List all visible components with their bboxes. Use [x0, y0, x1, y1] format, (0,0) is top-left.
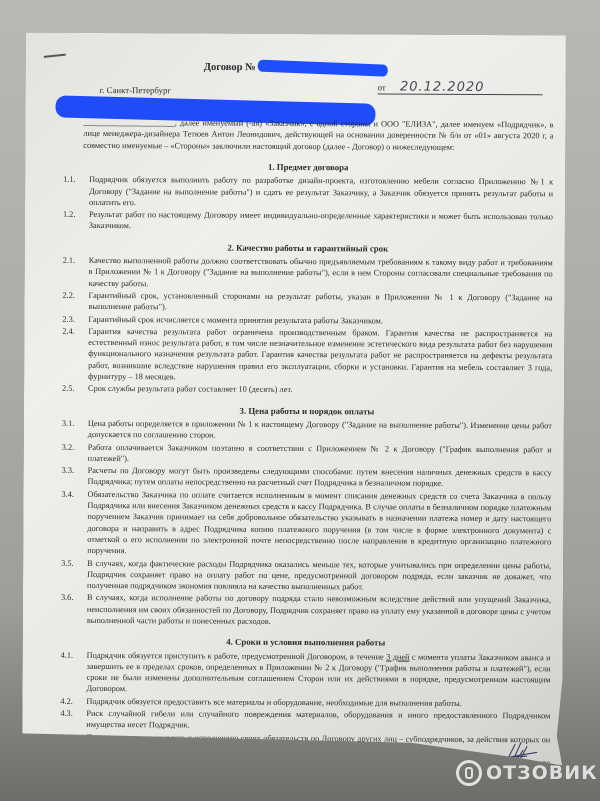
clause-number: 3.4.	[61, 489, 87, 557]
clause-number: 2.4.	[62, 326, 88, 383]
clause: 4.1.Подрядчик обязуется приступить к раб…	[60, 649, 550, 697]
clause-number: 3.6.	[61, 592, 87, 626]
clause-number: 3.2.	[62, 441, 88, 464]
clause-number: 3.5.	[61, 557, 87, 591]
title-text: Договор №	[204, 62, 256, 73]
clause-number: 4.1.	[60, 649, 86, 694]
clause: 2.4.Гарантия качества результата работ о…	[62, 326, 552, 385]
clause: 3.5.В случаях, когда фактические расходы…	[61, 557, 551, 593]
clause-text: Результат работ по настоящему Договору и…	[89, 209, 553, 234]
section-heading: 2. Качество работы и гарантийный срок	[63, 242, 553, 256]
contract-date: от 20.12.2020	[378, 81, 543, 95]
clause-text: В случаях, когда фактические расходы Под…	[87, 557, 551, 593]
clause: 1.2.Результат работ по настоящему Догово…	[63, 209, 553, 234]
watermark-text: ОТЗОВИК	[486, 762, 598, 784]
date-prefix: от	[378, 82, 386, 92]
clause-text-part: Подрядчик обязуется приступить к работе,…	[87, 650, 387, 661]
clause-text: Подрядчик обязуется выполнить работу по …	[89, 174, 553, 210]
clause: 3.4.Обязательство Заказчика по оплате сч…	[61, 489, 551, 559]
clause-text: Срок службы результата работ составляет …	[88, 383, 552, 397]
clause-text: Качество выполненной работы должно соотв…	[89, 255, 553, 291]
clause: 3.6.В случаях, когда исполнение работы п…	[61, 592, 551, 628]
clause-text: Цена работы определяется в приложении № …	[88, 418, 552, 443]
clause-text: Расчеты по Договору могут быть произведе…	[88, 465, 552, 490]
clause: 3.1.Цена работы определяется в приложени…	[62, 418, 552, 443]
otzovik-logo-icon	[456, 760, 482, 786]
handwritten-date: 20.12.2020	[400, 80, 485, 95]
clause: 1.1.Подрядчик обязуется выполнить работу…	[63, 174, 553, 210]
clause-number: 4.5.	[60, 755, 86, 778]
section-heading: 4. Сроки и условия выполнения работы	[61, 636, 551, 650]
document-title: Договор №	[26, 61, 566, 76]
underlined-term: 3 дней	[386, 652, 409, 661]
clause: 2.1.Качество выполненной работы должно с…	[63, 255, 553, 291]
section-heading: 3. Цена работы и порядок оплаты	[62, 404, 552, 418]
clause-text: Работа оплачивается Заказчиком поэтапно …	[88, 441, 552, 466]
contract-sections: 1. Предмет договора1.1.Подрядчик обязует…	[60, 151, 553, 781]
redacted-contract-number	[257, 60, 387, 77]
clause-text: Гарантийный срок, установленный сторонам…	[88, 290, 552, 315]
clause-number: 2.3.	[62, 313, 88, 324]
preamble: ______________________, далее именуемый …	[83, 117, 553, 153]
otzovik-watermark: ОТЗОВИК	[456, 760, 598, 786]
clause-number: 4.3.	[60, 708, 86, 731]
clause: 3.2.Работа оплачивается Заказчиком поэта…	[62, 441, 552, 466]
clause-number: 3.1.	[62, 418, 88, 441]
pen-mark	[44, 54, 66, 58]
clause-text: Гарантия качества результата работ огран…	[88, 326, 552, 385]
section-heading: 1. Предмет договора	[63, 161, 553, 175]
clause-text: Подрядчик обязуется предоставить все мат…	[86, 696, 550, 710]
clause-text: В случаях, когда исполнение работы по до…	[87, 592, 551, 628]
clause-number: 1.2.	[63, 209, 89, 232]
clause: 2.2.Гарантийный срок, установленный стор…	[62, 290, 552, 315]
city: г. Санкт-Петербург	[100, 85, 171, 97]
clause-number: 1.1.	[63, 174, 89, 208]
clause-number: 2.2.	[62, 290, 88, 313]
clause-number: 2.1.	[63, 255, 89, 289]
clause-text: Обязательство Заказчика по оплате считае…	[87, 489, 551, 559]
clause-number: 3.3.	[62, 465, 88, 488]
clause-number: 2.5.	[62, 383, 88, 394]
clause: 3.3.Расчеты по Договору могут быть произ…	[62, 465, 552, 490]
clause: 2.5.Срок службы результата работ составл…	[62, 383, 552, 397]
clause-number: 4.4.	[60, 731, 86, 754]
clause-number: 4.2.	[60, 696, 86, 707]
clause-text: Подрядчик обязуется приступить к работе,…	[86, 649, 550, 697]
contract-page: Договор № г. Санкт-Петербург от 20.12.20…	[22, 33, 566, 766]
clause-text: Гарантийный срок исчисляется с момента п…	[88, 313, 552, 327]
